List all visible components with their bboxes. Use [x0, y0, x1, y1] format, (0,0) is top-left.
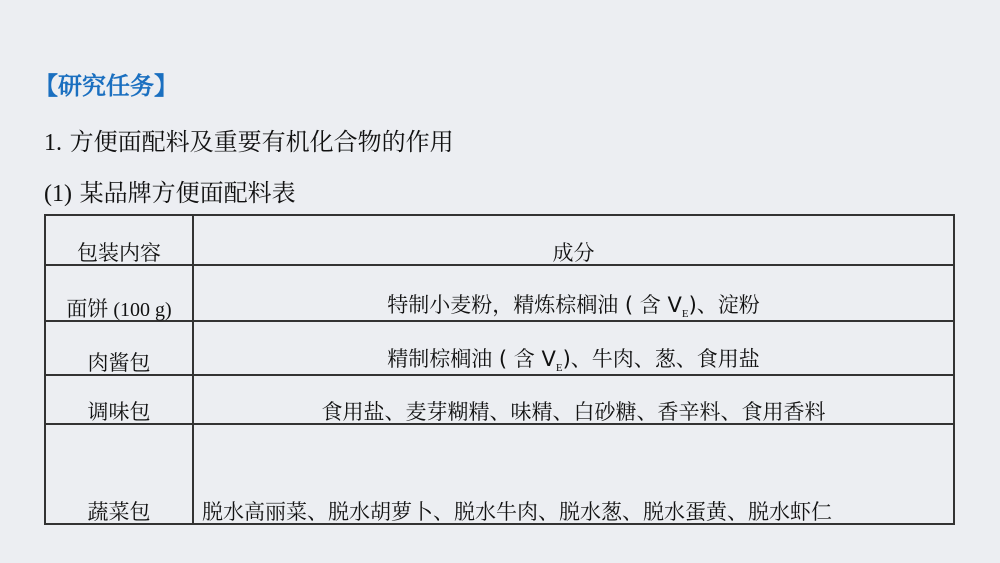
subsection-title-text: 某品牌方便面配料表 — [80, 179, 296, 207]
table-row: 面饼 (100 g) 特制小麦粉，精炼棕榈油 ( 含 VE)、淀粉 — [45, 265, 954, 321]
ingredients-cell: 特制小麦粉，精炼棕榈油 ( 含 VE)、淀粉 — [193, 265, 954, 321]
ingredient-table: 包装内容 成分 面饼 (100 g) 特制小麦粉，精炼棕榈油 ( 含 VE)、淀… — [44, 214, 955, 525]
table-row: 调味包 食用盐、麦芽糊精、味精、白砂糖、香辛料、食用香料 — [45, 375, 954, 424]
ingredients-cell: 食用盐、麦芽糊精、味精、白砂糖、香辛料、食用香料 — [193, 375, 954, 424]
section-title-text: 方便面配料及重要有机化合物的作用 — [70, 128, 454, 156]
ingredients-cell: 脱水高丽菜、脱水胡萝卜、脱水牛肉、脱水葱、脱水蛋黄、脱水虾仁 — [193, 424, 954, 524]
header-ingredients: 成分 — [193, 215, 954, 265]
task-heading: 【研究任务】 — [34, 66, 178, 101]
package-item: 面饼 (100 g) — [45, 265, 193, 321]
section-title: 1. 方便面配料及重要有机化合物的作用 — [44, 122, 454, 157]
package-item: 肉酱包 — [45, 321, 193, 375]
table-row: 肉酱包 精制棕榈油 ( 含 VE)、牛肉、葱、食用盐 — [45, 321, 954, 375]
table-row: 蔬菜包 脱水高丽菜、脱水胡萝卜、脱水牛肉、脱水葱、脱水蛋黄、脱水虾仁 — [45, 424, 954, 524]
package-item: 调味包 — [45, 375, 193, 424]
subsection-number: (1) — [44, 181, 72, 207]
table-header-row: 包装内容 成分 — [45, 215, 954, 265]
header-package-content: 包装内容 — [45, 215, 193, 265]
section-number: 1. — [44, 130, 62, 156]
subsection-title: (1) 某品牌方便面配料表 — [44, 173, 296, 208]
package-item: 蔬菜包 — [45, 424, 193, 524]
ingredients-cell: 精制棕榈油 ( 含 VE)、牛肉、葱、食用盐 — [193, 321, 954, 375]
